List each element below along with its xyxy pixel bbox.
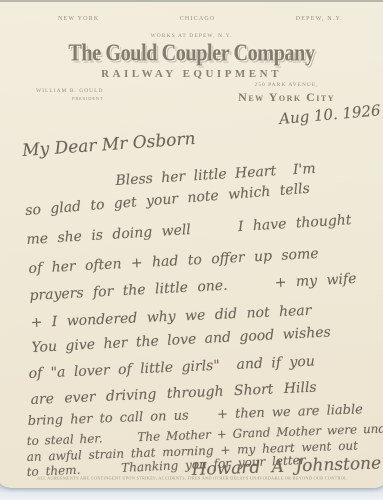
officer-name: WILLIAM B. GOULD xyxy=(36,88,103,94)
officer-block: WILLIAM B. GOULD PRESIDENT xyxy=(36,88,103,101)
company-tagline: RAILWAY EQUIPMENT xyxy=(0,68,383,80)
letter-scan: NEW YORK CHICAGO DEPEW, N.Y. WORKS AT DE… xyxy=(0,0,383,500)
body-line: so glad to get your note which tells xyxy=(25,181,311,219)
handwritten-date: Aug 10. 1926 xyxy=(278,101,381,128)
letter-paper: NEW YORK CHICAGO DEPEW, N.Y. WORKS AT DE… xyxy=(0,2,383,488)
city-depew: DEPEW, N.Y. xyxy=(296,16,343,22)
body-line: me she is doing well I have thought xyxy=(26,212,352,248)
body-line: of "a lover of little girls" and if you xyxy=(28,354,315,382)
city-chicago: CHICAGO xyxy=(180,16,216,22)
disclaimer-text: ALL AGREEMENTS ARE CONTINGENT UPON STRIK… xyxy=(37,476,347,481)
body-line: are ever driving through Short Hills xyxy=(30,380,317,408)
company-name: The Gould Coupler Company xyxy=(15,39,367,67)
letterhead-cities: NEW YORK CHICAGO DEPEW, N.Y. xyxy=(58,16,343,22)
city-new-york: NEW YORK xyxy=(58,16,99,22)
body-line: of her often + had to offer up some xyxy=(28,246,319,277)
address-city: New York City xyxy=(238,90,335,105)
body-line: prayers for the little one. + my wife xyxy=(29,271,357,304)
disclaimer-row: ALL AGREEMENTS ARE CONTINGENT UPON STRIK… xyxy=(0,476,383,484)
address-block: 250 PARK AVENUE, New York City xyxy=(238,82,335,105)
address-street: 250 PARK AVENUE, xyxy=(238,82,335,88)
salutation: My Dear Mr Osborn xyxy=(22,129,197,161)
officer-title: PRESIDENT xyxy=(36,96,103,101)
body-line: You give her the love and good wishes xyxy=(31,324,331,356)
